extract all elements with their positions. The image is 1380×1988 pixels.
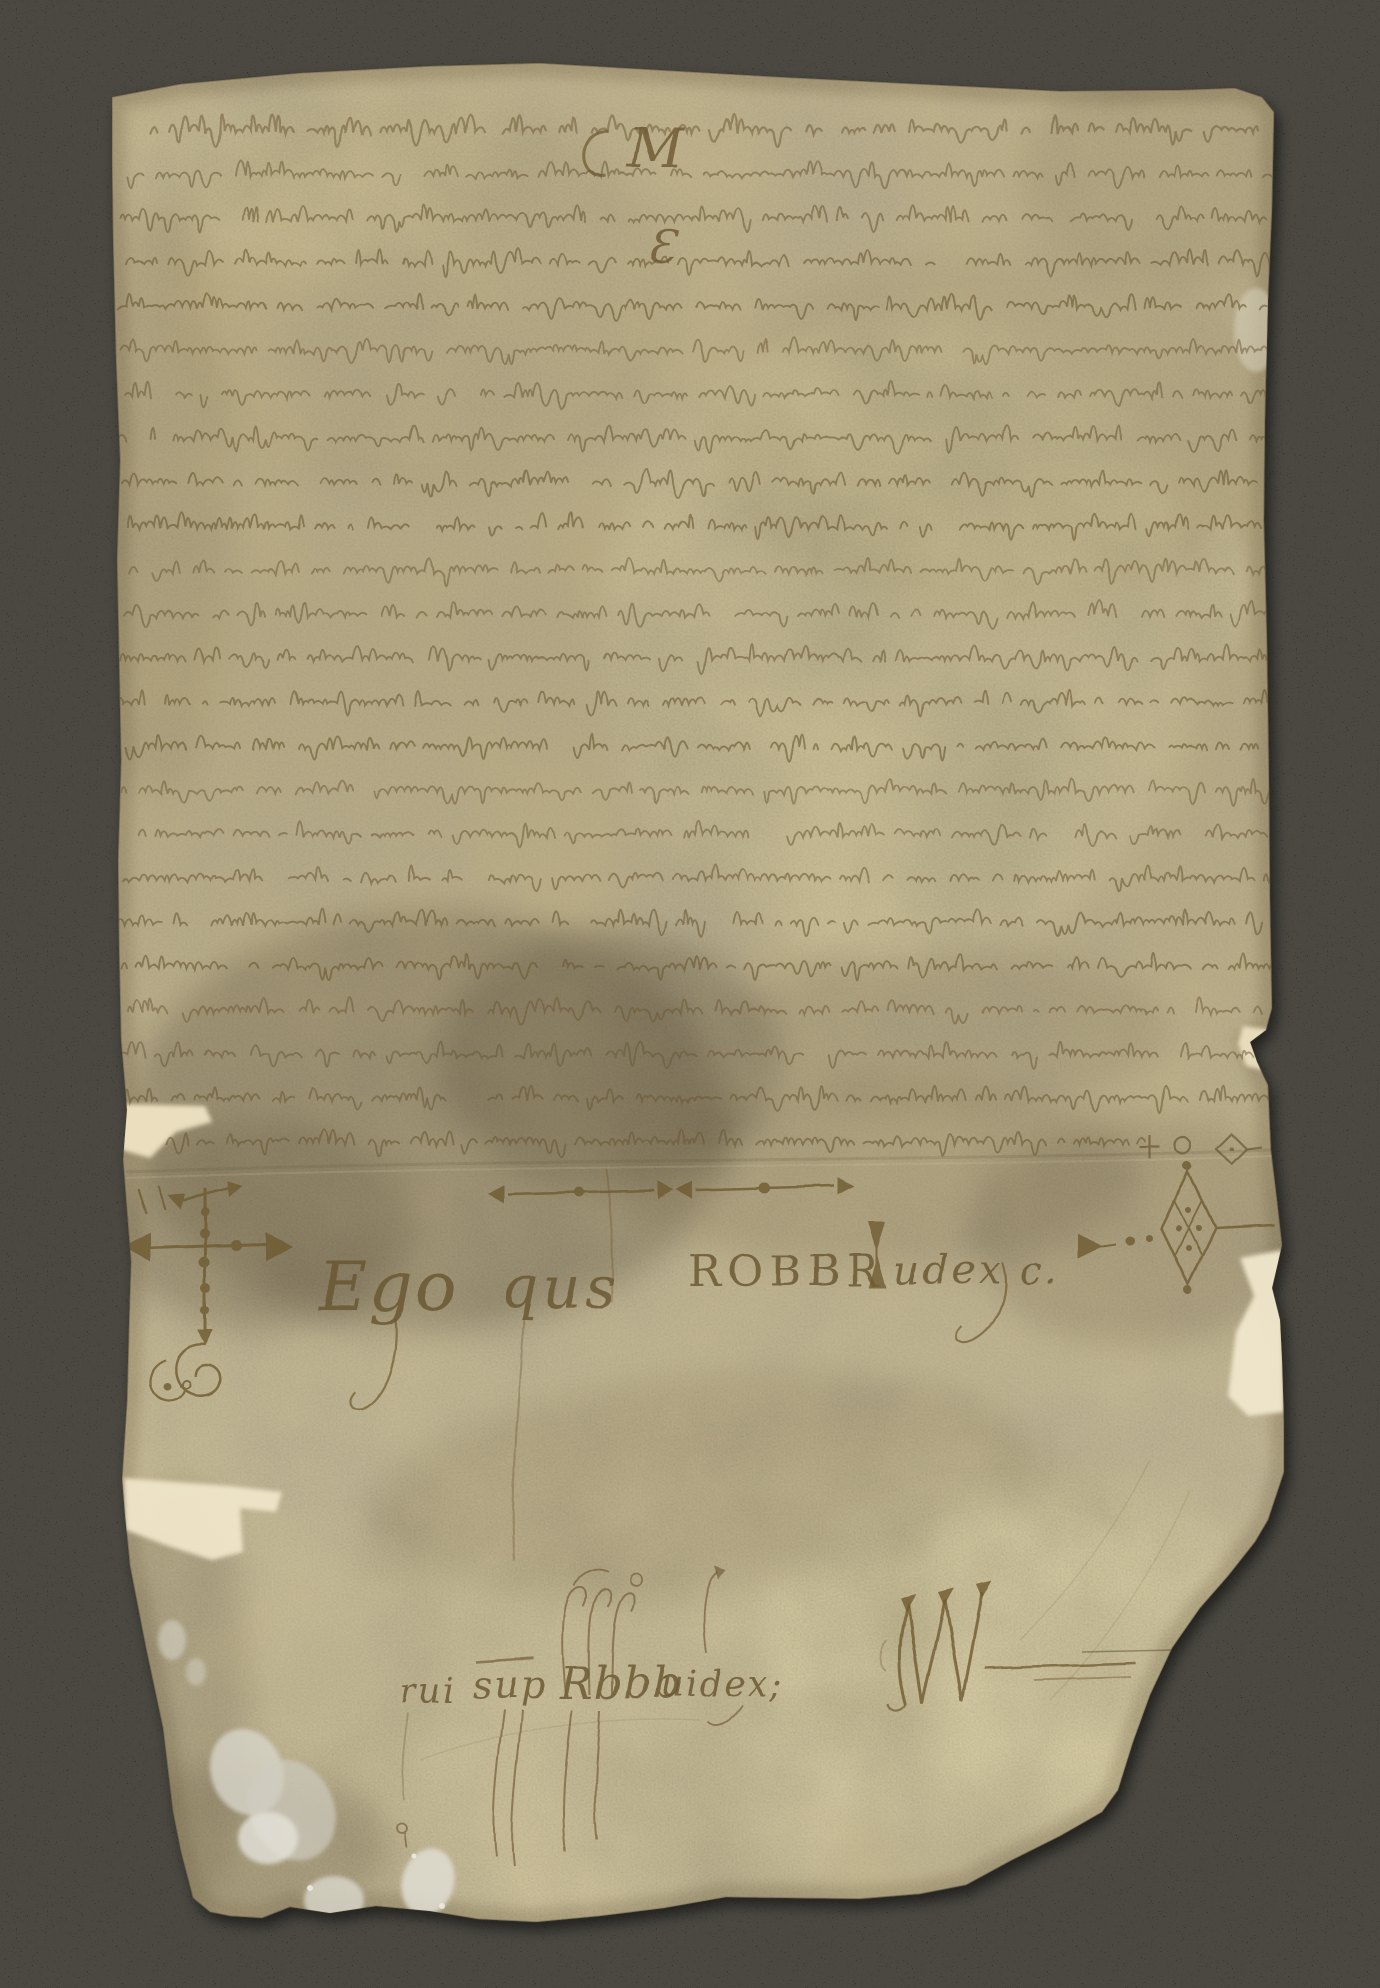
signature-word-robbr: ROBBR: [688, 1246, 885, 1297]
signature-word-qus: qus: [500, 1253, 620, 1323]
initial-M: M: [626, 117, 686, 182]
signature-word-iudex: udex c.: [894, 1248, 1060, 1294]
signature-word-uidex: uidex;: [660, 1664, 783, 1705]
initial-E: Ɛ: [646, 220, 678, 274]
signature-word-ego: Ego: [316, 1248, 458, 1327]
parchment-canvas: M Ɛ: [0, 0, 1380, 1988]
charter-photograph: M Ɛ: [0, 0, 1380, 1988]
signature-word-rui: rui: [400, 1671, 455, 1711]
signature-word-sup: sup: [472, 1663, 546, 1707]
